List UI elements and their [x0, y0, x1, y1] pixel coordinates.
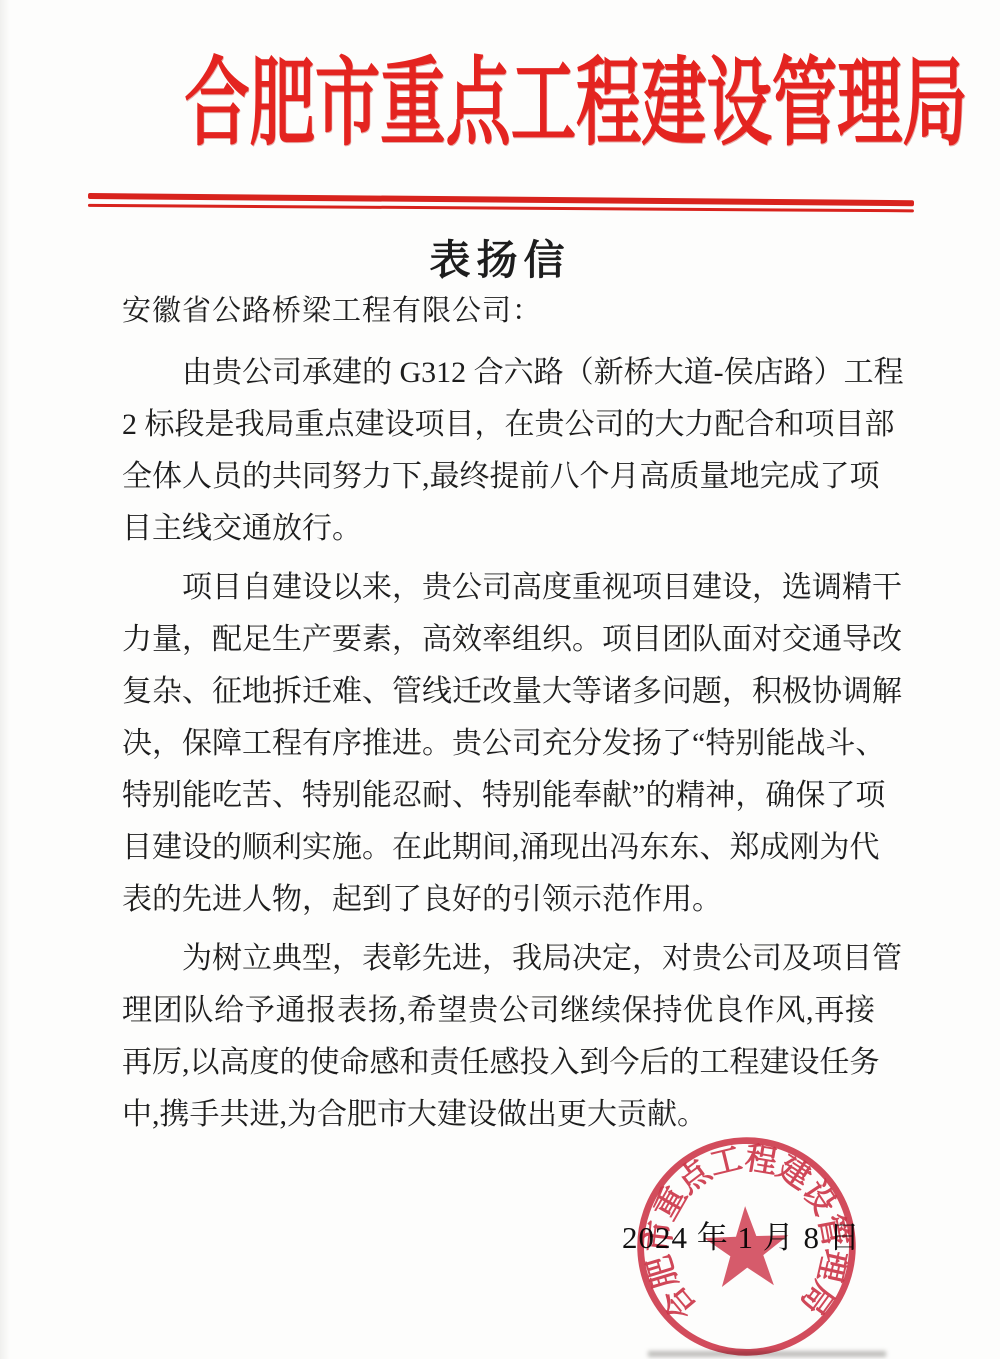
- letterhead: 合肥市重点工程建设管理局: [0, 54, 1000, 154]
- letter-title: 表扬信: [0, 227, 1000, 286]
- svg-text:工: 工: [706, 1141, 745, 1183]
- body-line: 复杂、征地拆迁难、管线迁改量大等诸多问题，积极协调解: [122, 666, 875, 718]
- svg-text:管: 管: [812, 1212, 852, 1250]
- body-line: 力量，配足生产要素，高效率组织。项目团队面对交通导改: [122, 614, 875, 666]
- letterhead-divider: [88, 193, 914, 213]
- body-line: 理团队给予通报表扬,希望贵公司继续保持优良作风,再接: [122, 985, 875, 1037]
- paragraph: 项目自建设以来，贵公司高度重视项目建设，选调精干力量，配足生产要素，高效率组织。…: [122, 562, 875, 926]
- body-line: 全体人员的共同努力下,最终提前八个月高质量地完成了项: [122, 451, 875, 503]
- body-line: 再厉,以高度的使命感和责任感投入到今后的工程建设任务: [122, 1037, 875, 1089]
- letter-page: 合肥市重点工程建设管理局 表扬信 安徽省公路桥梁工程有限公司： 由贵公司承建的 …: [0, 0, 1000, 1359]
- body-line: 决，保障工程有序推进。贵公司充分发扬了“特别能战斗、: [122, 718, 875, 770]
- official-seal: 合肥市重点工程建设管理局: [627, 1127, 866, 1359]
- svg-text:市: 市: [640, 1219, 678, 1255]
- body-line: 2 标段是我局重点建设项目，在贵公司的大力配合和项目部: [122, 399, 875, 451]
- body-line: 由贵公司承建的 G312 合六路（新桥大道-侯店路）工程: [122, 347, 875, 399]
- body-line: 为树立典型，表彰先进，我局决定，对贵公司及项目管: [122, 933, 875, 985]
- letterhead-title: 合肥市重点工程建设管理局: [184, 54, 967, 154]
- paragraph: 由贵公司承建的 G312 合六路（新桥大道-侯店路）工程2 标段是我局重点建设项…: [122, 347, 875, 555]
- body-line: 目主线交通放行。: [122, 503, 875, 555]
- paragraph: 为树立典型，表彰先进，我局决定，对贵公司及项目管理团队给予通报表扬,希望贵公司继…: [122, 933, 875, 1141]
- body-line: 表的先进人物，起到了良好的引领示范作用。: [122, 874, 875, 926]
- letter-body: 由贵公司承建的 G312 合六路（新桥大道-侯店路）工程2 标段是我局重点建设项…: [122, 347, 875, 1141]
- body-line: 特别能吃苦、特别能忍耐、特别能奉献”的精神，确保了项: [122, 770, 875, 822]
- salutation: 安徽省公路桥梁工程有限公司：: [122, 288, 542, 329]
- seal-star-icon: [703, 1205, 790, 1288]
- body-line: 目建设的顺利实施。在此期间,涌现出冯东东、郑成刚为代: [122, 822, 875, 874]
- body-line: 项目自建设以来，贵公司高度重视项目建设，选调精干: [122, 562, 875, 614]
